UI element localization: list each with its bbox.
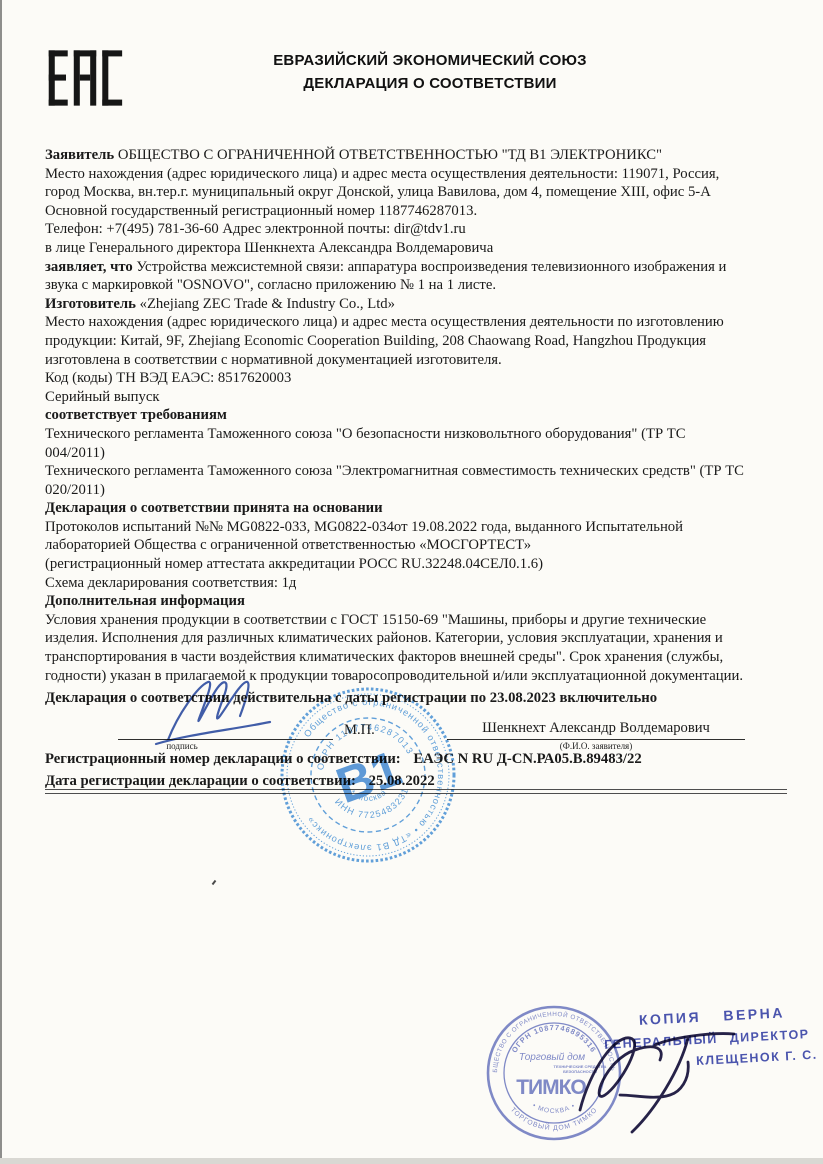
body-segment: Схема декларирования соответствия: 1д <box>45 575 296 591</box>
body-line: изделия. Исполнения для различных климат… <box>45 629 795 648</box>
body-segment: Место нахождения (адрес юридического лиц… <box>45 166 719 182</box>
body-line: Серийный выпуск <box>45 388 795 407</box>
body-line: Технического регламента Таможенного союз… <box>45 425 795 444</box>
body-segment: Основной государственный регистрационный… <box>45 203 477 219</box>
body-segment: Технического регламента Таможенного союз… <box>45 463 744 479</box>
director-signature-scribble <box>560 1000 740 1155</box>
body-segment: в лице Генерального директора Шенкнехта … <box>45 240 493 256</box>
applicant-name-caption: (Ф.И.О. заявителя) <box>447 741 745 751</box>
body-line: Дополнительная информация <box>45 592 795 611</box>
body-line: лабораторией Общества с ограниченной отв… <box>45 536 795 555</box>
body-segment: Устройства межсистемной связи: аппаратур… <box>136 259 726 275</box>
body-segment: изделия. Исполнения для различных климат… <box>45 630 723 646</box>
body-segment-bold: заявляет, что <box>45 259 136 275</box>
body-line: Технического регламента Таможенного союз… <box>45 462 795 481</box>
body-line: в лице Генерального директора Шенкнехта … <box>45 239 795 258</box>
body-line: транспортирования в части воздействия кл… <box>45 648 795 667</box>
body-line: звука с маркировкой "OSNOVO", согласно п… <box>45 276 795 295</box>
applicant-name-line <box>447 739 745 740</box>
body-line: Схема декларирования соответствия: 1д <box>45 574 795 593</box>
body-segment-bold: Дополнительная информация <box>45 593 245 609</box>
body-line: Телефон: +7(495) 781-36-60 Адрес электро… <box>45 220 795 239</box>
title-line-declaration: ДЕКЛАРАЦИЯ О СООТВЕТСТВИИ <box>160 72 700 95</box>
body-segment-bold: Изготовитель <box>45 296 140 312</box>
body-line: Изготовитель «Zhejiang ZEC Trade & Indus… <box>45 295 795 314</box>
body-segment: Место нахождения (адрес юридического лиц… <box>45 314 724 330</box>
body-segment: (регистрационный номер аттестата аккреди… <box>45 556 543 572</box>
declaration-document: ЕВРАЗИЙСКИЙ ЭКОНОМИЧЕСКИЙ СОЮЗ ДЕКЛАРАЦИ… <box>0 0 823 1164</box>
body-segment: продукции: Китай, 9F, Zhejiang Economic … <box>45 333 706 349</box>
body-segment: Технического регламента Таможенного союз… <box>45 426 686 442</box>
declaration-body: Заявитель ОБЩЕСТВО С ОГРАНИЧЕННОЙ ОТВЕТС… <box>45 146 795 685</box>
body-segment: изготовлена в соответствии с нормативной… <box>45 352 502 368</box>
body-line: соответствует требованиям <box>45 406 795 425</box>
body-segment: ОБЩЕСТВО С ОГРАНИЧЕННОЙ ОТВЕТСТВЕННОСТЬЮ… <box>118 147 662 163</box>
applicant-name: Шенкнехт Александр Волдемарович <box>447 720 745 737</box>
body-line: заявляет, что Устройства межсистемной св… <box>45 258 795 277</box>
eac-mark-icon <box>47 45 123 116</box>
scan-edge-left <box>0 0 2 1164</box>
document-title: ЕВРАЗИЙСКИЙ ЭКОНОМИЧЕСКИЙ СОЮЗ ДЕКЛАРАЦИ… <box>160 49 700 95</box>
body-segment-bold: Декларация о соответствии принята на осн… <box>45 500 383 516</box>
scan-speck <box>212 880 217 885</box>
body-segment: город Москва, вн.тер.г. муниципальный ок… <box>45 184 711 200</box>
scan-edge-bottom <box>0 1158 823 1164</box>
body-segment-bold: соответствует требованиям <box>45 407 227 423</box>
body-line: 020/2011) <box>45 481 795 500</box>
body-segment: Телефон: +7(495) 781-36-60 Адрес электро… <box>45 221 466 237</box>
body-segment: звука с маркировкой "OSNOVO", согласно п… <box>45 277 496 293</box>
body-segment: Условия хранения продукции в соответстви… <box>45 612 706 628</box>
body-line: Место нахождения (адрес юридического лиц… <box>45 313 795 332</box>
body-line: Протоколов испытаний №№ MG0822-033, MG08… <box>45 518 795 537</box>
body-line: 004/2011) <box>45 444 795 463</box>
body-segment-bold: Заявитель <box>45 147 118 163</box>
body-line: Место нахождения (адрес юридического лиц… <box>45 165 795 184</box>
body-line: продукции: Китай, 9F, Zhejiang Economic … <box>45 332 795 351</box>
body-line: Условия хранения продукции в соответстви… <box>45 611 795 630</box>
body-segment: 020/2011) <box>45 482 105 498</box>
body-line: Заявитель ОБЩЕСТВО С ОГРАНИЧЕННОЙ ОТВЕТС… <box>45 146 795 165</box>
body-line: Декларация о соответствии принята на осн… <box>45 499 795 518</box>
body-segment: Код (коды) ТН ВЭД ЕАЭС: 8517620003 <box>45 370 291 386</box>
body-line: город Москва, вн.тер.г. муниципальный ок… <box>45 183 795 202</box>
body-line: (регистрационный номер аттестата аккреди… <box>45 555 795 574</box>
body-segment: «Zhejiang ZEC Trade & Industry Co., Ltd» <box>140 296 395 312</box>
body-segment: Серийный выпуск <box>45 389 159 405</box>
title-line-union: ЕВРАЗИЙСКИЙ ЭКОНОМИЧЕСКИЙ СОЮЗ <box>160 49 700 72</box>
body-line: изготовлена в соответствии с нормативной… <box>45 351 795 370</box>
body-segment: лабораторией Общества с ограниченной отв… <box>45 537 531 553</box>
body-segment: транспортирования в части воздействия кл… <box>45 649 723 665</box>
body-segment: 004/2011) <box>45 445 105 461</box>
body-segment: Протоколов испытаний №№ MG0822-033, MG08… <box>45 519 683 535</box>
body-line: Код (коды) ТН ВЭД ЕАЭС: 8517620003 <box>45 369 795 388</box>
applicant-signature-scribble <box>150 672 310 757</box>
body-line: Основной государственный регистрационный… <box>45 202 795 221</box>
